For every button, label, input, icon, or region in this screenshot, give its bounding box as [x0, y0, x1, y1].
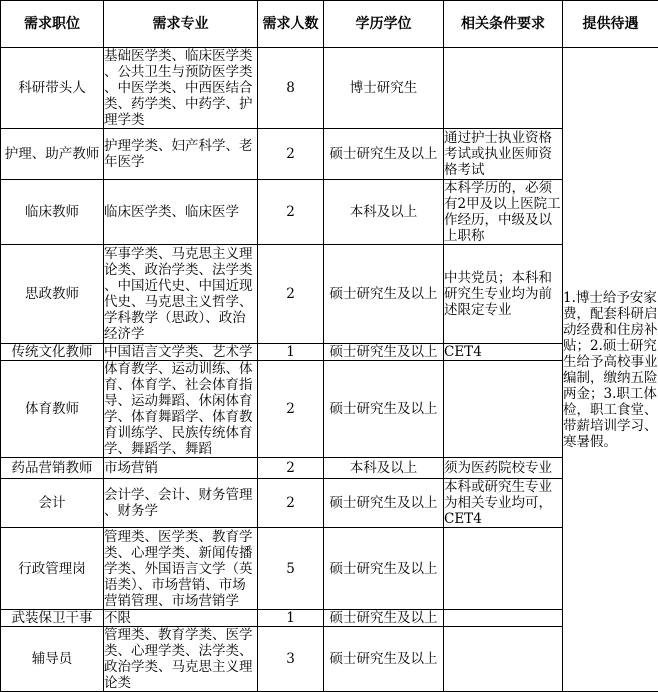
- count-cell: 8: [258, 48, 324, 129]
- table-row: 科研带头人 基础医学类、临床医学类、公共卫生与预防医学类、中医学类、中西医结合类…: [1, 48, 658, 129]
- position-cell: 行政管理岗: [1, 528, 104, 610]
- count-cell: 2: [258, 180, 324, 245]
- major-cell: 临床医学类、临床医学: [104, 180, 258, 245]
- position-cell: 会计: [1, 479, 104, 528]
- table-row: 护理、助产教师 护理学类、妇产科学、老年医学 2 硕士研究生及以上 通过护士执业…: [1, 129, 658, 180]
- requirements-cell: [444, 361, 563, 458]
- header-cell-requirements: 相关条件要求: [444, 1, 563, 48]
- count-cell: 1: [258, 344, 324, 361]
- position-cell: 思政教师: [1, 245, 104, 344]
- table-row: 临床教师 临床医学类、临床医学 2 本科及以上 本科学历的，必须有2甲及以上医院…: [1, 180, 658, 245]
- major-cell: 中国语言文学类、艺术学: [104, 344, 258, 361]
- count-cell: 5: [258, 528, 324, 610]
- header-row: 需求职位 需求专业 需求人数 学历学位 相关条件要求 提供待遇: [1, 1, 658, 48]
- header-cell-major: 需求专业: [104, 1, 258, 48]
- header-cell-degree: 学历学位: [324, 1, 444, 48]
- position-cell: 辅导员: [1, 627, 104, 692]
- count-cell: 3: [258, 627, 324, 692]
- header-cell-count: 需求人数: [258, 1, 324, 48]
- table-row: 会计 会计学、会计、财务管理、财务学 2 硕士研究生及以上 本科或研究生专业为相…: [1, 479, 658, 528]
- requirements-cell: [444, 627, 563, 692]
- table-row: 体育教师 体育教学、运动训练、体育、体育学、社会体育指导、运动舞蹈、休闲体育学、…: [1, 361, 658, 458]
- table-row: 武装保卫干事 不限 1 硕士研究生及以上: [1, 610, 658, 627]
- count-cell: 2: [258, 245, 324, 344]
- degree-cell: 硕士研究生及以上: [324, 528, 444, 610]
- major-cell: 不限: [104, 610, 258, 627]
- table-row: 传统文化教师 中国语言文学类、艺术学 1 硕士研究生及以上 CET4: [1, 344, 658, 361]
- position-cell: 药品营销教师: [1, 458, 104, 479]
- header-cell-position: 需求职位: [1, 1, 104, 48]
- recruitment-page: 需求职位 需求专业 需求人数 学历学位 相关条件要求 提供待遇 科研带头人 基础…: [0, 0, 658, 680]
- table-row: 思政教师 军事学类、马克思主义理论类、政治学类、法学类、中国近代史、中国近现代史…: [1, 245, 658, 344]
- degree-cell: 本科及以上: [324, 180, 444, 245]
- degree-cell: 硕士研究生及以上: [324, 344, 444, 361]
- requirements-cell: [444, 610, 563, 627]
- requirements-cell: 通过护士执业资格考试或执业医师资格考试: [444, 129, 563, 180]
- count-cell: 2: [258, 129, 324, 180]
- major-cell: 体育教学、运动训练、体育、体育学、社会体育指导、运动舞蹈、休闲体育学、体育舞蹈学…: [104, 361, 258, 458]
- requirements-cell: 本科或研究生专业为相关专业均可，CET4: [444, 479, 563, 528]
- benefits-cell: 1.博士给予安家费，配套科研启动经费和住房补贴；2.硕士研究生给予高校事业编制，…: [563, 48, 658, 692]
- count-cell: 2: [258, 458, 324, 479]
- degree-cell: 硕士研究生及以上: [324, 627, 444, 692]
- header-cell-benefits: 提供待遇: [563, 1, 658, 48]
- major-cell: 市场营销: [104, 458, 258, 479]
- count-cell: 2: [258, 361, 324, 458]
- requirements-cell: 须为医药院校专业: [444, 458, 563, 479]
- recruitment-table: 需求职位 需求专业 需求人数 学历学位 相关条件要求 提供待遇 科研带头人 基础…: [0, 0, 658, 692]
- requirements-cell: [444, 48, 563, 129]
- position-cell: 临床教师: [1, 180, 104, 245]
- requirements-cell: 中共党员；本科和研究生专业均为前述限定专业: [444, 245, 563, 344]
- degree-cell: 硕士研究生及以上: [324, 129, 444, 180]
- position-cell: 科研带头人: [1, 48, 104, 129]
- position-cell: 传统文化教师: [1, 344, 104, 361]
- degree-cell: 博士研究生: [324, 48, 444, 129]
- degree-cell: 本科及以上: [324, 458, 444, 479]
- degree-cell: 硕士研究生及以上: [324, 361, 444, 458]
- count-cell: 1: [258, 610, 324, 627]
- major-cell: 管理类、医学类、教育学类、心理学类、新闻传播学类、外国语言文学（英语类）、市场营…: [104, 528, 258, 610]
- position-cell: 武装保卫干事: [1, 610, 104, 627]
- degree-cell: 硕士研究生及以上: [324, 245, 444, 344]
- degree-cell: 硕士研究生及以上: [324, 610, 444, 627]
- requirements-cell: 本科学历的，必须有2甲及以上医院工作经历，中级及以上职称: [444, 180, 563, 245]
- table-row: 辅导员 管理类、教育学类、医学类、心理学类、法学类、政治学类、马克思主义理论类 …: [1, 627, 658, 692]
- major-cell: 会计学、会计、财务管理、财务学: [104, 479, 258, 528]
- major-cell: 管理类、教育学类、医学类、心理学类、法学类、政治学类、马克思主义理论类: [104, 627, 258, 692]
- degree-cell: 硕士研究生及以上: [324, 479, 444, 528]
- requirements-cell: CET4: [444, 344, 563, 361]
- table-row: 行政管理岗 管理类、医学类、教育学类、心理学类、新闻传播学类、外国语言文学（英语…: [1, 528, 658, 610]
- major-cell: 基础医学类、临床医学类、公共卫生与预防医学类、中医学类、中西医结合类、药学类、中…: [104, 48, 258, 129]
- count-cell: 2: [258, 479, 324, 528]
- position-cell: 体育教师: [1, 361, 104, 458]
- major-cell: 军事学类、马克思主义理论类、政治学类、法学类、中国近代史、中国近现代史、马克思主…: [104, 245, 258, 344]
- position-cell: 护理、助产教师: [1, 129, 104, 180]
- requirements-cell: [444, 528, 563, 610]
- table-row: 药品营销教师 市场营销 2 本科及以上 须为医药院校专业: [1, 458, 658, 479]
- major-cell: 护理学类、妇产科学、老年医学: [104, 129, 258, 180]
